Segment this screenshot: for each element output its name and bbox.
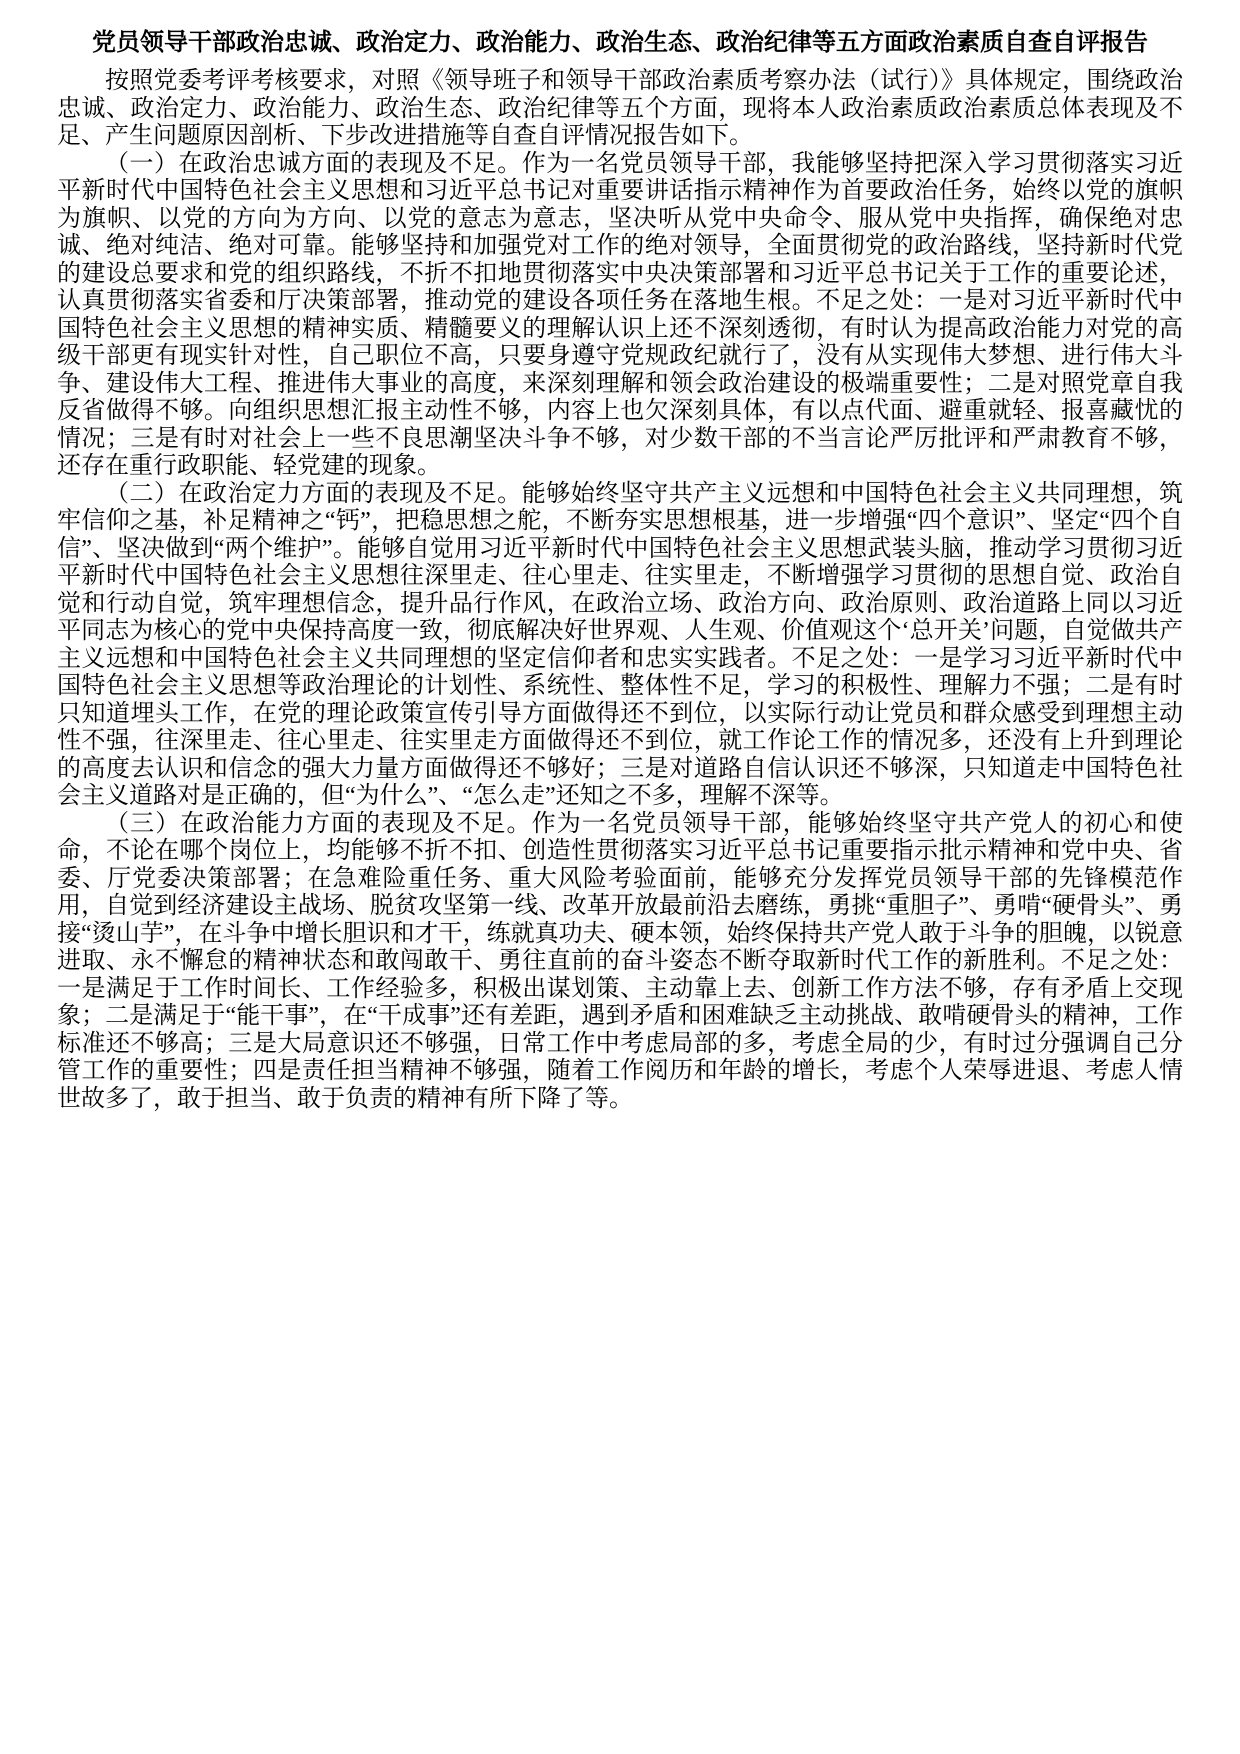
paragraph-section-2-political-resolve: （二）在政治定力方面的表现及不足。能够始终坚守共产主义远想和中国特色社会主义共同…	[57, 481, 1183, 811]
document-page: 党员领导干部政治忠诚、政治定力、政治能力、政治生态、政治纪律等五方面政治素质自查…	[0, 0, 1240, 1754]
paragraph-section-1-political-loyalty: （一）在政治忠诚方面的表现及不足。作为一名党员领导干部，我能够坚持把深入学习贯彻…	[57, 151, 1183, 481]
paragraph-section-3-political-capability: （三）在政治能力方面的表现及不足。作为一名党员领导干部，能够始终坚守共产党人的初…	[57, 811, 1183, 1114]
document-title: 党员领导干部政治忠诚、政治定力、政治能力、政治生态、政治纪律等五方面政治素质自查…	[57, 28, 1183, 58]
document-body: 按照党委考评考核要求，对照《领导班子和领导干部政治素质考察办法（试行）》具体规定…	[57, 68, 1183, 1113]
paragraph-intro: 按照党委考评考核要求，对照《领导班子和领导干部政治素质考察办法（试行）》具体规定…	[57, 68, 1183, 151]
